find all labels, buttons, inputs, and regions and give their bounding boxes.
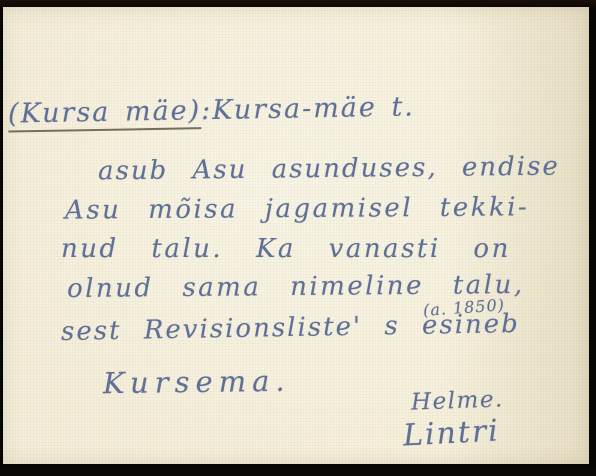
historic-name: Kursema. — [103, 364, 291, 401]
signature-collector: Lintri — [402, 413, 501, 453]
body-line-3: nud talu. Ka vanasti on — [61, 234, 511, 264]
body-line-2: Asu mõisa jagamisel tekki- — [65, 192, 529, 225]
scan-background: (Kursa mäe):Kursa-mäe t. asub Asu asundu… — [0, 0, 596, 476]
signature-parish: Helme. — [411, 386, 505, 415]
card-heading: (Kursa mäe):Kursa-mäe t. — [8, 91, 415, 129]
heading-name-variant: :Kursa-mäe t. — [201, 91, 415, 126]
index-card: (Kursa mäe):Kursa-mäe t. asub Asu asundu… — [3, 7, 589, 464]
heading-keyword-underlined: (Kursa mäe) — [8, 95, 202, 132]
body-line-1: asub Asu asunduses, endise — [98, 152, 560, 187]
